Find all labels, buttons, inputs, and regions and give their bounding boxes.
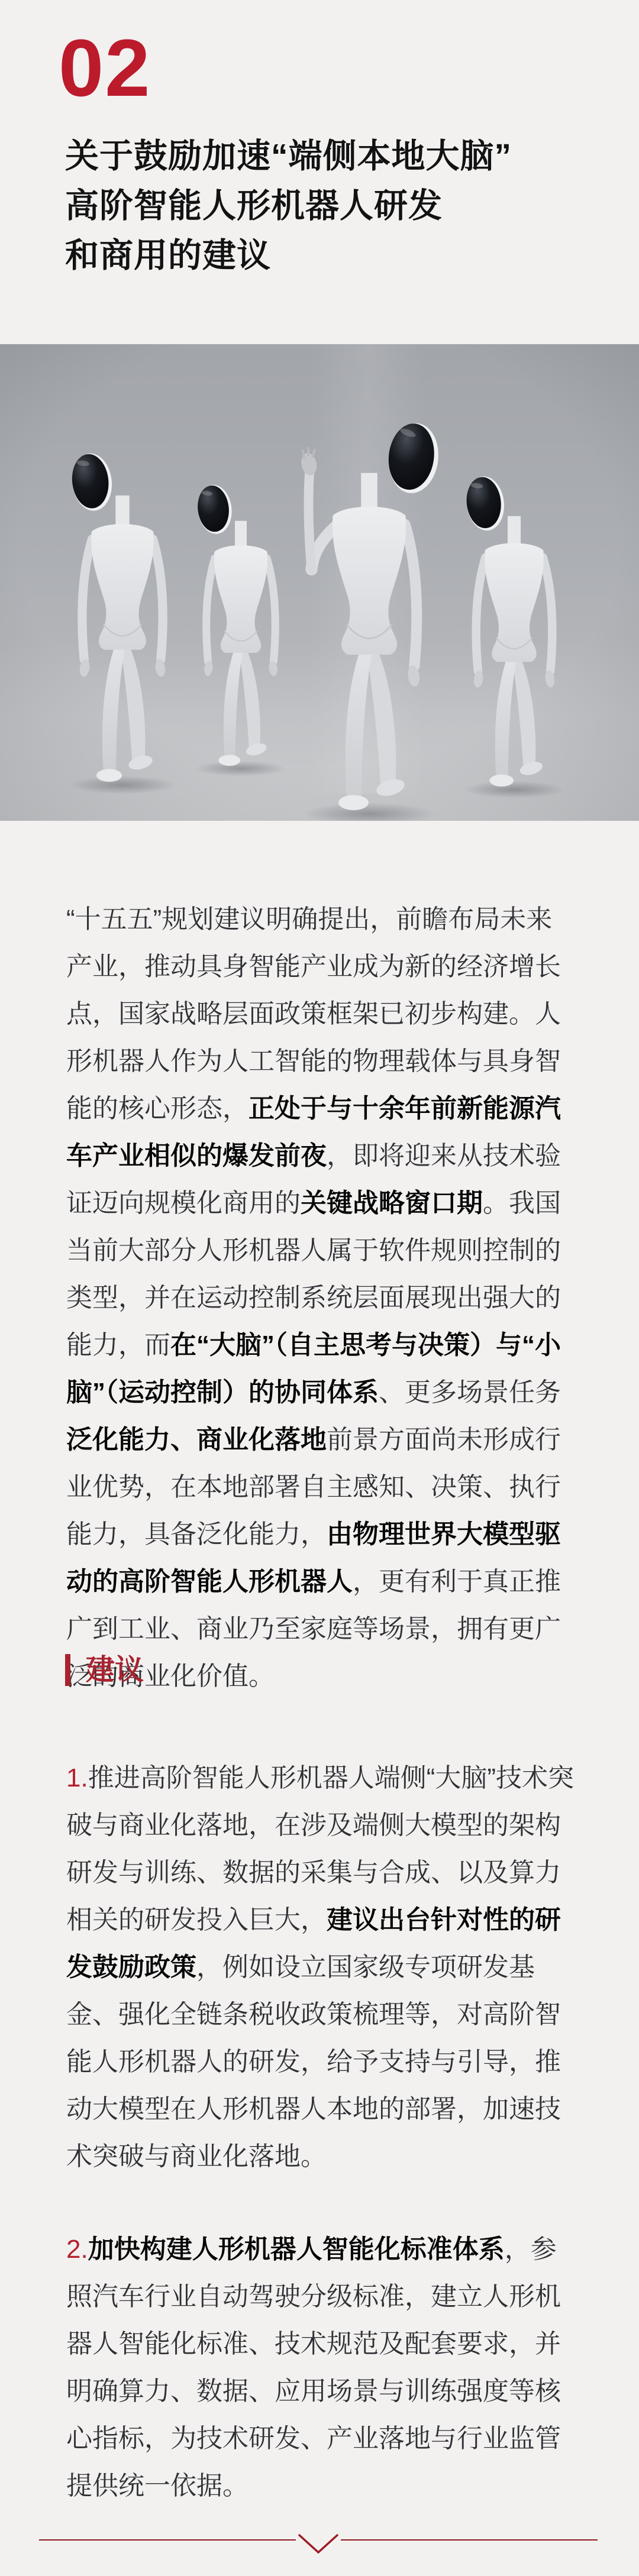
suggestion-paragraph-1: 1.推进高阶智能人形机器人端侧“大脑”技术突破与商业化落地，在涉及端侧大模型的架… xyxy=(66,1755,574,2180)
article-page: 02 关于鼓励加速“端侧本地大脑” 高阶智能人形机器人研发 和商用的建议 xyxy=(0,0,639,2576)
suggestions-section-header: 建议 xyxy=(65,1653,144,1687)
suggestion-paragraph-2: 2.加快构建人形机器人智能化标准体系，参照汽车行业自动驾驶分级标准，建立人形机器… xyxy=(66,2226,574,2510)
section-accent-bar-icon xyxy=(65,1654,70,1686)
chevron-down-icon xyxy=(299,2535,337,2552)
text-segment: 加快构建人形机器人智能化标准体系 xyxy=(88,2235,505,2264)
text-segment: 1. xyxy=(66,1763,88,1792)
text-segment: 关键战略窗口期 xyxy=(301,1189,483,1218)
text-segment: ，例如设立国家级专项研发基金、强化全链条税收政策梳理等，对高阶智能人形机器人的研… xyxy=(66,1953,561,2171)
page-title-line-2: 高阶智能人形机器人研发 xyxy=(65,181,512,231)
intro-paragraph: “十五五”规划建议明确提出，前瞻布局未来产业，推动具身智能产业成为新的经济增长点… xyxy=(66,896,574,1700)
text-segment: ，参照汽车行业自动驾驶分级标准，建立人形机器人智能化标准、技术规范及配套要求，并… xyxy=(66,2235,561,2500)
page-title: 关于鼓励加速“端侧本地大脑” 高阶智能人形机器人研发 和商用的建议 xyxy=(65,131,512,280)
section-divider xyxy=(0,2524,639,2559)
humanoid-robots-image xyxy=(0,344,639,821)
section-number: 02 xyxy=(59,28,151,109)
section-header-label: 建议 xyxy=(86,1653,144,1687)
page-title-line-1: 关于鼓励加速“端侧本地大脑” xyxy=(65,131,512,181)
text-segment: 2. xyxy=(66,2235,88,2264)
text-segment: 、更多场景任务 xyxy=(379,1378,561,1407)
text-segment: 泛化能力、商业化落地 xyxy=(66,1425,327,1454)
page-title-line-3: 和商用的建议 xyxy=(65,231,512,280)
text-segment: “十五五”规划建议明确提出，前瞻布局未来产业，推动具身智能产业成为新的经济增长点… xyxy=(66,905,561,1123)
